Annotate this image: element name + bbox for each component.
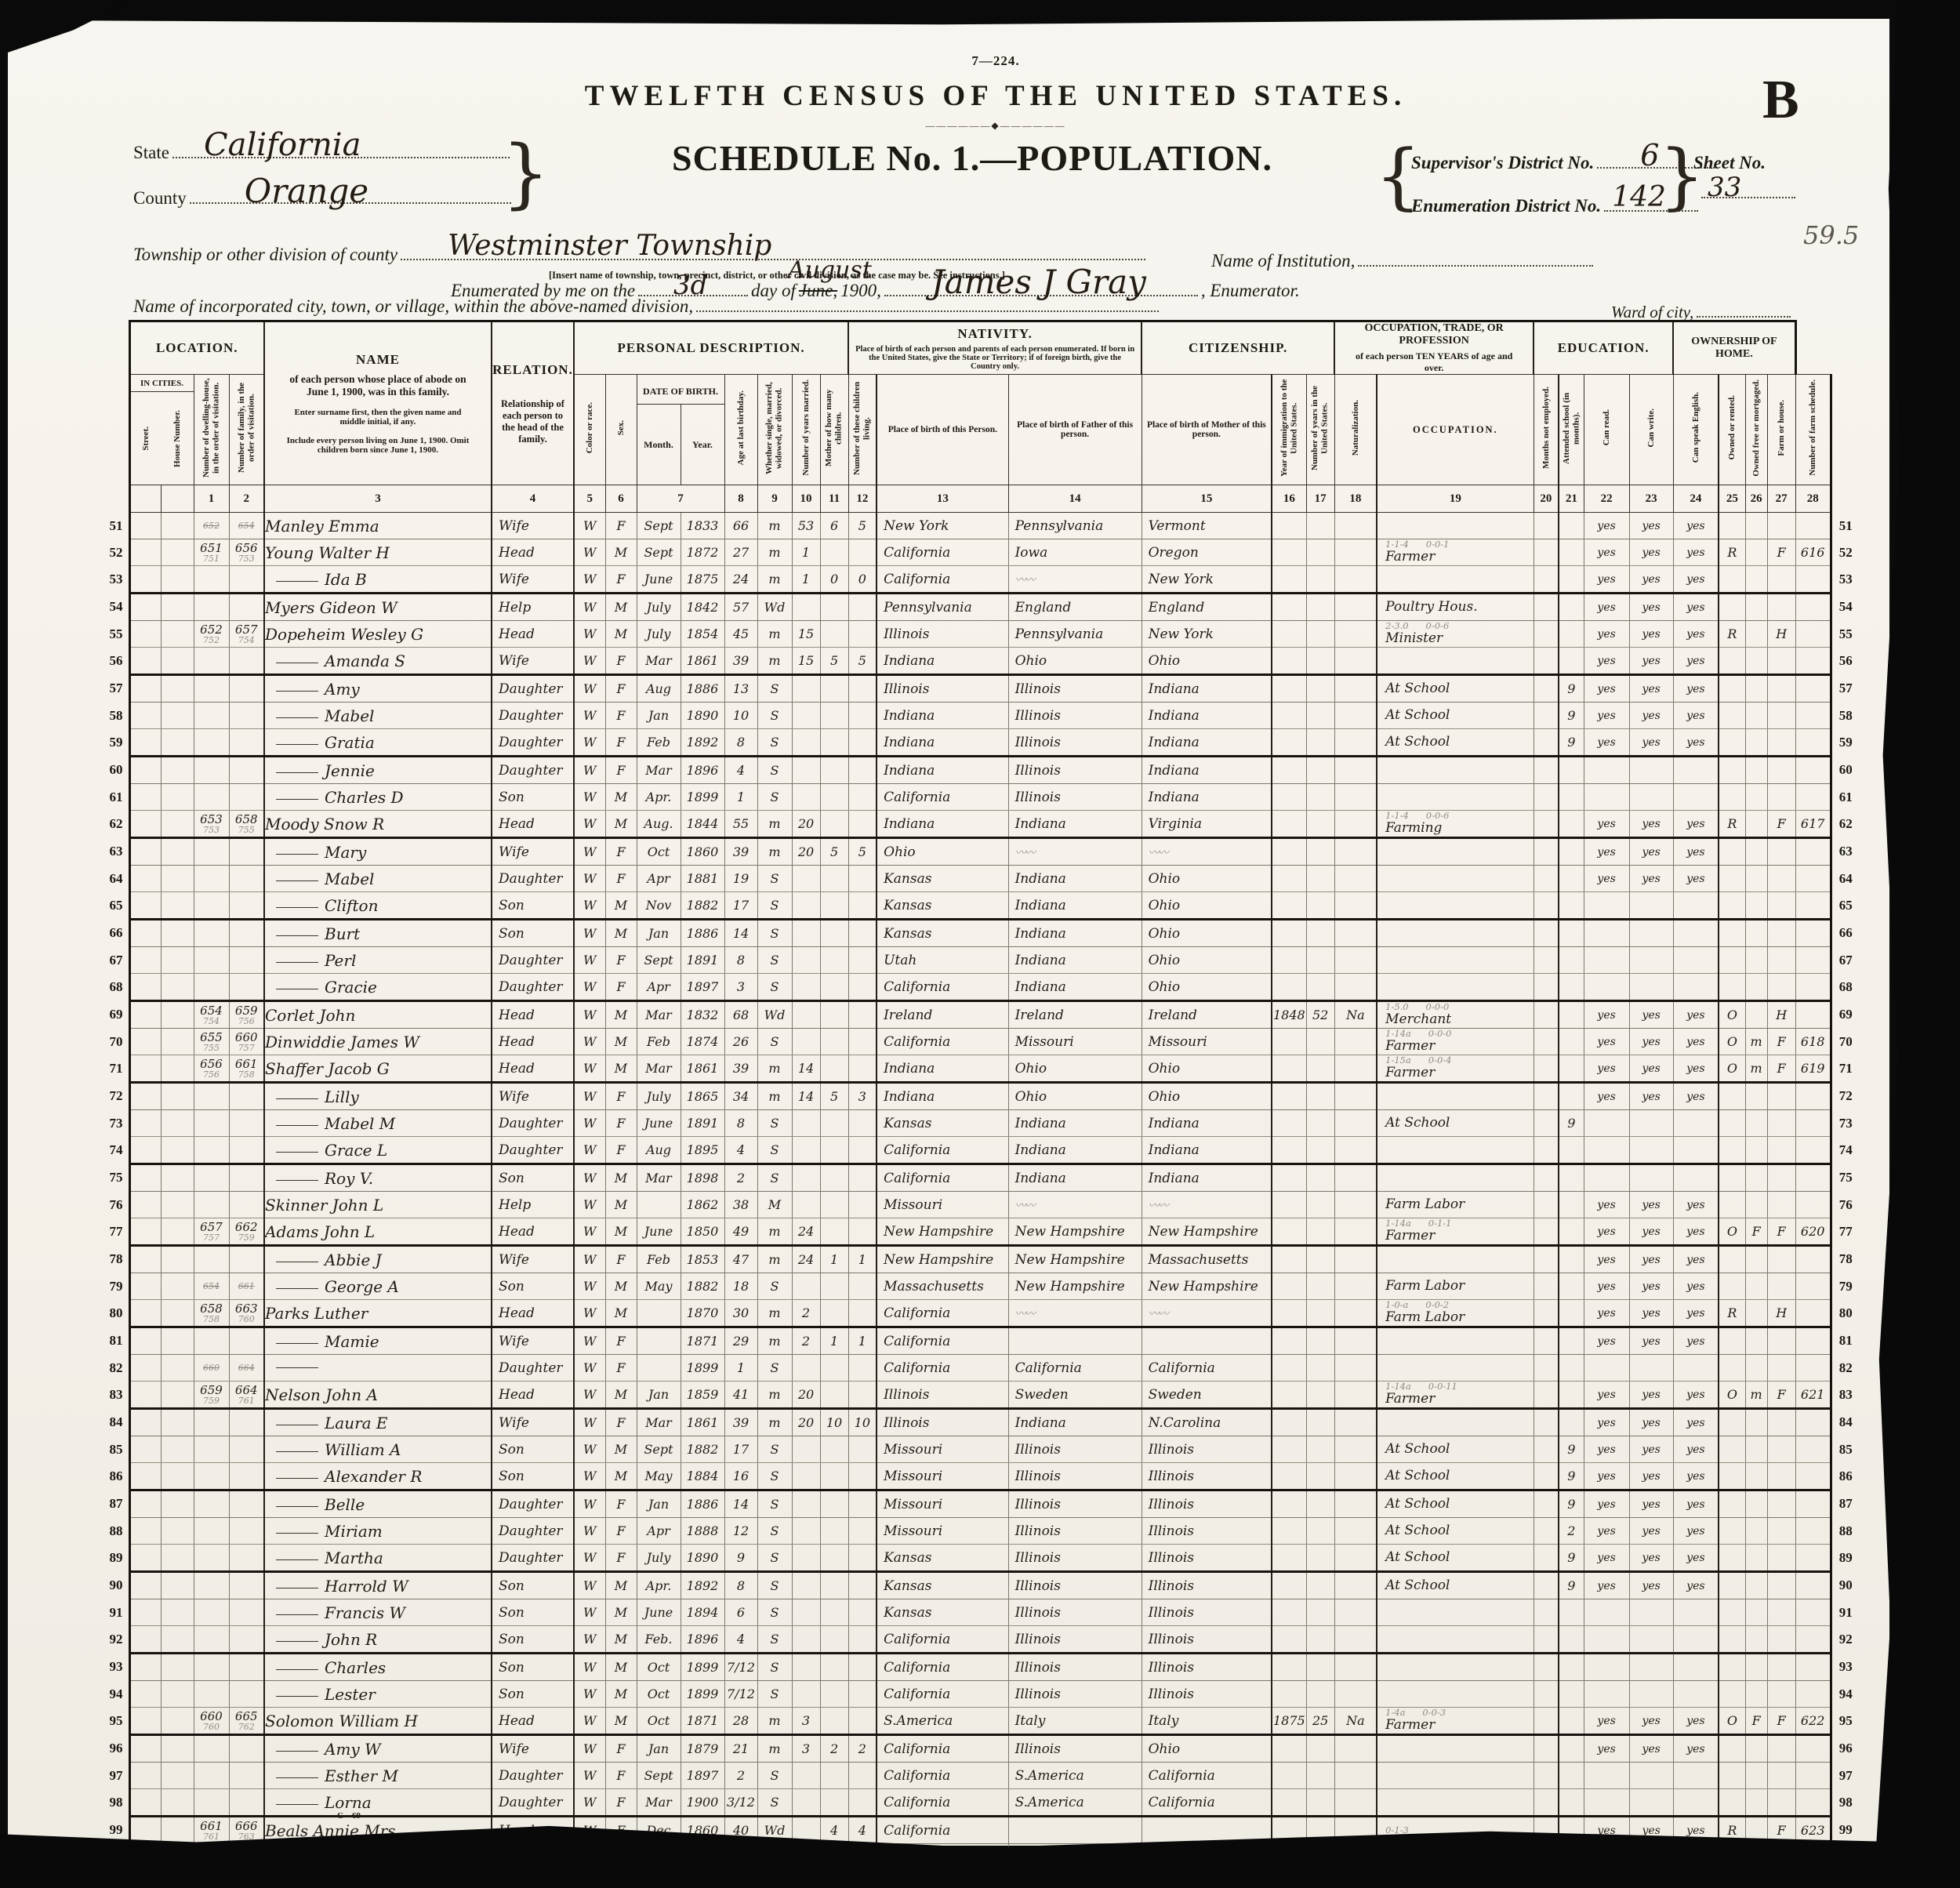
cell-name: George A	[264, 1273, 492, 1300]
cell-immigration-year	[1272, 1409, 1306, 1436]
cell-name: Solomon William H	[264, 1708, 492, 1735]
cell-relation: Son	[492, 784, 574, 811]
cell-owned-rented	[1719, 1083, 1745, 1110]
cell-owned-rented	[1719, 1789, 1745, 1817]
cell-owned-free-mortgaged	[1745, 1164, 1767, 1192]
cell-birth-year: 1891	[681, 947, 724, 974]
cell-age: 38	[724, 1192, 757, 1218]
cell-birthplace: Indiana	[877, 1083, 1008, 1110]
cell-birth-year: 1899	[681, 1654, 724, 1681]
cell-can-speak-english: yes	[1673, 566, 1719, 594]
cell-relation: Daughter	[492, 1789, 574, 1817]
row-number-right: 93	[1831, 1654, 1875, 1681]
cell-street	[129, 1055, 161, 1083]
cell-owned-free-mortgaged	[1745, 675, 1767, 703]
cell-can-write: yes	[1629, 1218, 1673, 1246]
cell-years-married	[792, 1789, 820, 1817]
row-number-right: 84	[1831, 1409, 1875, 1436]
cell-can-read: yes	[1584, 1735, 1629, 1763]
cell-mother-birthplace: Ohio	[1142, 866, 1272, 892]
row-number-left: 74	[93, 1137, 129, 1164]
cell-naturalization	[1334, 594, 1377, 621]
cell-years-married: 15	[792, 621, 820, 648]
cell-birth-year: 1859	[681, 1382, 724, 1409]
row-number-right: 82	[1831, 1355, 1875, 1382]
cell-father-birthplace	[1008, 1817, 1142, 1844]
cell-children-living	[848, 757, 877, 784]
cell-naturalization	[1334, 784, 1377, 811]
cell-name: Amy W	[264, 1735, 492, 1763]
cell-immigration-year	[1272, 1300, 1306, 1327]
cell-age: 68	[724, 1001, 757, 1029]
cell-relation: Wife	[492, 1246, 574, 1273]
cell-naturalization	[1334, 1055, 1377, 1083]
cell-color-race: W	[574, 539, 605, 566]
cell-owned-rented	[1719, 757, 1745, 784]
cell-children-living: 5	[848, 648, 877, 675]
cell-birth-month: Oct	[637, 1708, 681, 1735]
group-occupation: OCCUPATION, TRADE, OR PROFESSION of each…	[1334, 321, 1534, 375]
institution-label: Name of Institution,	[1211, 251, 1355, 270]
cell-naturalization	[1334, 513, 1377, 539]
in-cities-box: IN CITIES. Street. House Number.	[129, 375, 194, 485]
cell-age: 2	[724, 1164, 757, 1192]
cell-father-birthplace: Ohio	[1008, 1055, 1142, 1083]
cell-street	[129, 1789, 161, 1817]
cell-family-number	[229, 1110, 264, 1137]
cell-owned-rented	[1719, 974, 1745, 1001]
cell-mother-of-children	[820, 594, 848, 621]
cell-attended-school	[1559, 1789, 1584, 1817]
cell-name: Belle	[264, 1490, 492, 1518]
cell-street	[129, 1164, 161, 1192]
cell-children-living: 1	[848, 1246, 877, 1273]
cell-children-living	[848, 784, 877, 811]
cell-owned-free-mortgaged	[1745, 1001, 1767, 1029]
cell-family-number	[229, 1137, 264, 1164]
cell-occupation	[1377, 1083, 1534, 1110]
cell-birth-month: June	[637, 566, 681, 594]
cell-street	[129, 1654, 161, 1681]
cell-birthplace: Missouri	[877, 1436, 1008, 1463]
cell-can-read: yes	[1584, 1246, 1629, 1273]
cell-farm-schedule-number	[1795, 1110, 1831, 1137]
cell-months-not-employed	[1534, 1681, 1559, 1708]
cell-can-read: yes	[1584, 866, 1629, 892]
row-number-right: 86	[1831, 1463, 1875, 1490]
cell-farm-schedule-number: 621	[1795, 1382, 1831, 1409]
cell-birth-year: 1850	[681, 1218, 724, 1246]
row-number-right: 56	[1831, 648, 1875, 675]
cell-family-number: 663760	[229, 1300, 264, 1327]
cell-immigration-year	[1272, 1789, 1306, 1817]
cell-naturalization	[1334, 1218, 1377, 1246]
cell-father-birthplace: 〰〰	[1008, 566, 1142, 594]
cell-house-number	[161, 1164, 194, 1192]
cell-can-speak-english: yes	[1673, 1545, 1719, 1572]
cell-owned-free-mortgaged	[1745, 1246, 1767, 1273]
county-label: County	[133, 188, 187, 208]
cell-birth-year: 1898	[681, 1164, 724, 1192]
cell-relation: Head	[492, 1300, 574, 1327]
cell-birth-month: Mar	[637, 1001, 681, 1029]
cell-family-number	[229, 594, 264, 621]
cell-farm-schedule-number	[1795, 920, 1831, 947]
cell-owned-rented	[1719, 566, 1745, 594]
cell-street	[129, 1436, 161, 1463]
cell-sex: F	[605, 1518, 637, 1545]
county-value: Orange	[245, 172, 368, 210]
cell-owned-free-mortgaged	[1745, 920, 1767, 947]
cell-mother-of-children	[820, 1654, 848, 1681]
cell-age: 8	[724, 729, 757, 757]
cell-color-race: W	[574, 1327, 605, 1355]
cell-age: 8	[724, 1572, 757, 1599]
cell-years-in-us	[1306, 1763, 1334, 1789]
row-number-left: 71	[93, 1055, 129, 1083]
cell-house-number	[161, 1137, 194, 1164]
cell-immigration-year	[1272, 866, 1306, 892]
cell-birthplace: California	[877, 539, 1008, 566]
cell-can-write: yes	[1629, 1518, 1673, 1545]
cell-family-number: 664	[229, 1355, 264, 1382]
row-number-left: 70	[93, 1029, 129, 1055]
cell-street	[129, 1626, 161, 1654]
cell-years-married	[792, 1626, 820, 1654]
cell-mother-of-children	[820, 1789, 848, 1817]
cell-mother-of-children	[820, 1626, 848, 1654]
cell-farm-or-house	[1767, 594, 1795, 621]
cell-farm-schedule-number	[1795, 1735, 1831, 1763]
cell-family-number	[229, 866, 264, 892]
cell-birth-month: Oct	[637, 1654, 681, 1681]
cell-mother-of-children	[820, 784, 848, 811]
row-number-right: 80	[1831, 1300, 1875, 1327]
cell-color-race: W	[574, 703, 605, 729]
row-number-right: 99	[1831, 1817, 1875, 1844]
col-mother-birthplace: Place of birth of Mother of this person.	[1142, 375, 1272, 485]
cell-age: 14	[724, 920, 757, 947]
cell-birth-year: 1861	[681, 648, 724, 675]
cell-children-living	[848, 892, 877, 920]
cell-can-speak-english: yes	[1673, 1300, 1719, 1327]
cell-marital-status: S	[757, 784, 792, 811]
cell-dwelling-number	[194, 1110, 229, 1137]
cell-color-race: W	[574, 1029, 605, 1055]
cell-street	[129, 1300, 161, 1327]
cell-father-birthplace	[1008, 1327, 1142, 1355]
cell-sex: F	[605, 838, 637, 866]
cell-immigration-year	[1272, 1518, 1306, 1545]
cell-years-married	[792, 784, 820, 811]
cell-name: John R	[264, 1626, 492, 1654]
cell-name: Laura E	[264, 1409, 492, 1436]
cell-family-number	[229, 1545, 264, 1572]
cell-birthplace: Missouri	[877, 1518, 1008, 1545]
cell-owned-free-mortgaged	[1745, 811, 1767, 838]
cell-children-living	[848, 1110, 877, 1137]
cell-color-race: W	[574, 1164, 605, 1192]
cell-name: Gratia	[264, 729, 492, 757]
cell-attended-school	[1559, 1137, 1584, 1164]
cell-marital-status: S	[757, 866, 792, 892]
cell-marital-status: S	[757, 1164, 792, 1192]
cell-mother-of-children	[820, 1137, 848, 1164]
row-number-right: 54	[1831, 594, 1875, 621]
cell-relation: Head	[492, 1055, 574, 1083]
cell-birth-month: July	[637, 1545, 681, 1572]
cell-house-number	[161, 974, 194, 1001]
cell-house-number	[161, 513, 194, 539]
cell-father-birthplace: Indiana	[1008, 811, 1142, 838]
cell-relation: Head	[492, 621, 574, 648]
cell-mother-of-children	[820, 1300, 848, 1327]
cell-mother-of-children	[820, 1192, 848, 1218]
cell-age: 66	[724, 513, 757, 539]
row-number-right: 75	[1831, 1164, 1875, 1192]
cell-birth-month: Sept	[637, 1436, 681, 1463]
cell-house-number	[161, 1654, 194, 1681]
cell-months-not-employed	[1534, 974, 1559, 1001]
cell-sex: M	[605, 1218, 637, 1246]
cell-farm-or-house	[1767, 1572, 1795, 1599]
cell-name: Roy V.	[264, 1164, 492, 1192]
cell-family-number	[229, 1192, 264, 1218]
cell-birth-month: Apr	[637, 974, 681, 1001]
cell-street	[129, 539, 161, 566]
cell-mother-of-children	[820, 920, 848, 947]
cell-house-number	[161, 1572, 194, 1599]
cell-attended-school: 2	[1559, 1518, 1584, 1545]
cell-mother-birthplace: Ohio	[1142, 920, 1272, 947]
cell-relation: Wife	[492, 1327, 574, 1355]
cell-father-birthplace: Illinois	[1008, 1545, 1142, 1572]
cell-street	[129, 1273, 161, 1300]
cell-mother-birthplace: Indiana	[1142, 1110, 1272, 1137]
cell-can-speak-english: yes	[1673, 1708, 1719, 1735]
cell-naturalization	[1334, 947, 1377, 974]
cell-attended-school: 9	[1559, 703, 1584, 729]
cell-owned-free-mortgaged	[1745, 947, 1767, 974]
cell-attended-school: 9	[1559, 1463, 1584, 1490]
cell-years-married	[792, 1599, 820, 1626]
cell-immigration-year	[1272, 1545, 1306, 1572]
cell-can-speak-english: yes	[1673, 1735, 1719, 1763]
cell-family-number: 654	[229, 513, 264, 539]
cell-house-number	[161, 1001, 194, 1029]
row-number-left: 68	[93, 974, 129, 1001]
cell-sex: M	[605, 1192, 637, 1218]
cell-age: 8	[724, 947, 757, 974]
cell-mother-of-children	[820, 757, 848, 784]
enumeration-district-line: Enumeration District No. 142	[1411, 196, 1698, 216]
cell-years-in-us	[1306, 539, 1334, 566]
cell-color-race: W	[574, 974, 605, 1001]
cell-owned-rented	[1719, 784, 1745, 811]
cell-can-speak-english: yes	[1673, 838, 1719, 866]
cell-name: Skinner John L	[264, 1192, 492, 1218]
cell-naturalization	[1334, 1572, 1377, 1599]
cell-can-write	[1629, 784, 1673, 811]
cell-birthplace: Missouri	[877, 1490, 1008, 1518]
row-number-left: 90	[93, 1572, 129, 1599]
cell-farm-or-house	[1767, 1192, 1795, 1218]
cell-mother-birthplace: England	[1142, 594, 1272, 621]
cell-name: Mabel	[264, 866, 492, 892]
cell-mother-birthplace: Sweden	[1142, 1382, 1272, 1409]
cell-owned-rented: R	[1719, 621, 1745, 648]
cell-occupation: Farm Labor	[1377, 1192, 1534, 1218]
cell-dwelling-number	[194, 947, 229, 974]
cell-months-not-employed	[1534, 1763, 1559, 1789]
cell-family-number	[229, 947, 264, 974]
cell-family-number	[229, 1164, 264, 1192]
cell-age: 45	[724, 621, 757, 648]
cell-color-race: W	[574, 1789, 605, 1817]
cell-children-living	[848, 1518, 877, 1545]
col-attended-school: Attended school (in months).	[1559, 375, 1584, 485]
cell-months-not-employed	[1534, 1355, 1559, 1382]
cell-family-number	[229, 757, 264, 784]
census-page: 7—224. TWELFTH CENSUS OF THE UNITED STAT…	[8, 19, 1889, 1846]
cell-birth-month: Jan	[637, 1382, 681, 1409]
cell-months-not-employed	[1534, 1436, 1559, 1463]
cell-children-living	[848, 1382, 877, 1409]
cell-months-not-employed	[1534, 1137, 1559, 1164]
cell-birthplace: Massachusetts	[877, 1273, 1008, 1300]
cell-name: Clifton	[264, 892, 492, 920]
cell-years-married	[792, 920, 820, 947]
cell-color-race: W	[574, 892, 605, 920]
cell-color-race: W	[574, 866, 605, 892]
cell-owned-free-mortgaged	[1745, 1763, 1767, 1789]
cell-age: 47	[724, 1246, 757, 1273]
cell-children-living: 3	[848, 1083, 877, 1110]
cell-months-not-employed	[1534, 539, 1559, 566]
col-months-not-employed: Months not employed.	[1534, 375, 1559, 485]
cell-birthplace: California	[877, 1817, 1008, 1844]
cell-can-speak-english	[1673, 920, 1719, 947]
cell-immigration-year	[1272, 539, 1306, 566]
cell-father-birthplace: New Hampshire	[1008, 1246, 1142, 1273]
cell-color-race: W	[574, 1355, 605, 1382]
cell-father-birthplace: Indiana	[1008, 947, 1142, 974]
cell-relation: Daughter	[492, 675, 574, 703]
cell-owned-free-mortgaged	[1745, 648, 1767, 675]
cell-color-race: W	[574, 920, 605, 947]
cell-years-in-us	[1306, 1654, 1334, 1681]
cell-street	[129, 1246, 161, 1273]
cell-relation: Son	[492, 1599, 574, 1626]
cell-months-not-employed	[1534, 920, 1559, 947]
cell-owned-free-mortgaged	[1745, 1110, 1767, 1137]
cell-can-read	[1584, 1763, 1629, 1789]
cell-marital-status: m	[757, 1246, 792, 1273]
cell-can-read	[1584, 920, 1629, 947]
group-relation: RELATION. Relationship of each person to…	[492, 321, 574, 485]
cell-immigration-year	[1272, 1463, 1306, 1490]
cell-mother-of-children	[820, 1355, 848, 1382]
row-number-right: 53	[1831, 566, 1875, 594]
cell-attended-school	[1559, 566, 1584, 594]
cell-birthplace: California	[877, 1735, 1008, 1763]
col-owned-free-mortgaged: Owned free or mortgaged.	[1745, 375, 1767, 485]
cell-farm-schedule-number	[1795, 703, 1831, 729]
cell-owned-free-mortgaged	[1745, 1626, 1767, 1654]
cell-marital-status: m	[757, 1382, 792, 1409]
row-number-right: 77	[1831, 1218, 1875, 1246]
cell-can-speak-english: yes	[1673, 648, 1719, 675]
cell-months-not-employed	[1534, 1490, 1559, 1518]
cell-months-not-employed	[1534, 1164, 1559, 1192]
cell-can-read	[1584, 1110, 1629, 1137]
cell-years-married	[792, 1490, 820, 1518]
cell-can-read: yes	[1584, 1463, 1629, 1490]
cell-mother-birthplace: Illinois	[1142, 1626, 1272, 1654]
cell-birth-year: 1860	[681, 838, 724, 866]
margin-note: 59.5	[1803, 221, 1859, 250]
cell-can-speak-english	[1673, 1355, 1719, 1382]
cell-name: Mamie	[264, 1327, 492, 1355]
row-number-left: 75	[93, 1164, 129, 1192]
cell-years-in-us	[1306, 729, 1334, 757]
cell-birth-month: Jan	[637, 920, 681, 947]
col-mother-of-children: Mother of how many children.	[820, 375, 848, 485]
cell-dwelling-number: 652	[194, 513, 229, 539]
row-number-left: 78	[93, 1246, 129, 1273]
cell-sex: F	[605, 1409, 637, 1436]
cell-dwelling-number	[194, 838, 229, 866]
cell-years-married	[792, 1463, 820, 1490]
cell-birth-year: 1897	[681, 974, 724, 1001]
cell-birth-month: May	[637, 1463, 681, 1490]
cell-father-birthplace: Illinois	[1008, 1518, 1142, 1545]
cell-father-birthplace: Illinois	[1008, 1654, 1142, 1681]
cell-years-in-us	[1306, 1518, 1334, 1545]
cell-name: Abbie J	[264, 1246, 492, 1273]
cell-can-write: yes	[1629, 648, 1673, 675]
cell-color-race: W	[574, 1763, 605, 1789]
cell-birth-year: 1854	[681, 621, 724, 648]
cell-dwelling-number	[194, 566, 229, 594]
cell-attended-school: 9	[1559, 1572, 1584, 1599]
cell-marital-status: m	[757, 838, 792, 866]
cell-can-read	[1584, 757, 1629, 784]
cell-relation: Wife	[492, 513, 574, 539]
cell-can-speak-english: yes	[1673, 539, 1719, 566]
cell-mother-birthplace: 〰〰	[1142, 1300, 1272, 1327]
col-children-living: Number of these children living.	[848, 375, 877, 485]
cell-father-birthplace: Illinois	[1008, 757, 1142, 784]
cell-years-married	[792, 1763, 820, 1789]
cell-months-not-employed	[1534, 1735, 1559, 1763]
cell-months-not-employed	[1534, 594, 1559, 621]
cell-farm-or-house	[1767, 675, 1795, 703]
cell-months-not-employed	[1534, 1300, 1559, 1327]
cell-marital-status: m	[757, 1300, 792, 1327]
cell-birth-month: Apr	[637, 866, 681, 892]
row-number-right: 76	[1831, 1192, 1875, 1218]
row-number-right: 91	[1831, 1599, 1875, 1626]
cell-father-birthplace: Ohio	[1008, 1083, 1142, 1110]
cell-dwelling-number	[194, 1763, 229, 1789]
cell-dwelling-number: 656756	[194, 1055, 229, 1083]
col-immigration-year: Year of immigration to the United States…	[1272, 375, 1306, 485]
row-number-left: 66	[93, 920, 129, 947]
cell-farm-or-house	[1767, 1246, 1795, 1273]
cell-children-living: 5	[848, 513, 877, 539]
cell-naturalization	[1334, 1599, 1377, 1626]
